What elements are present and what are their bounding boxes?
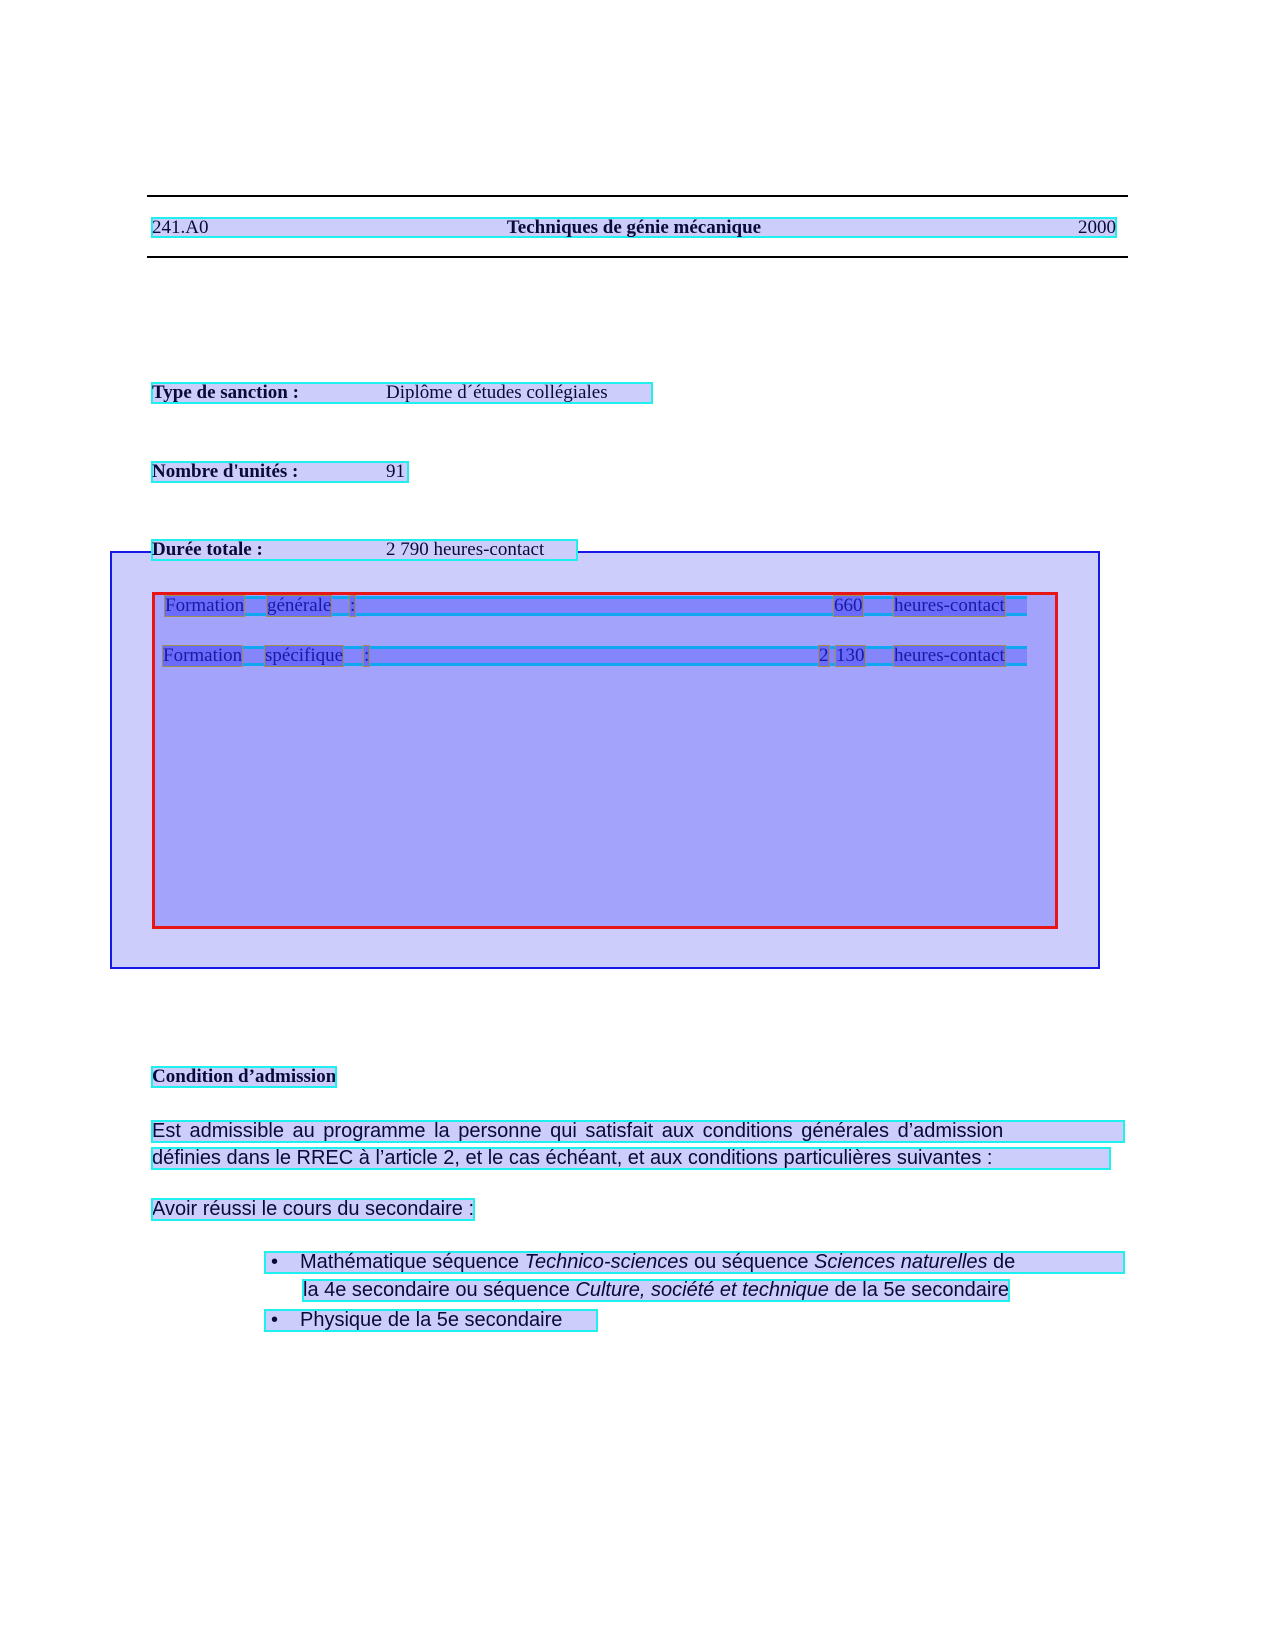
specific-hours-unit: heures-contact — [894, 646, 1005, 666]
text-run: de la 5e secondaire — [829, 1279, 1009, 1301]
header-top-rule — [147, 195, 1128, 197]
colon: : — [350, 596, 355, 616]
list-item: • Mathématique séquence Technico-science… — [265, 1252, 1124, 1273]
bullet-icon: • — [271, 1310, 278, 1331]
text-run: Mathématique séquence — [300, 1251, 525, 1273]
text-run-italic: Culture, société et technique — [575, 1279, 829, 1301]
formation-general-row: Formation générale : 660 heures-contact — [165, 596, 1027, 616]
sanction-row: Type de sanction : Diplôme d´études coll… — [152, 383, 652, 403]
document-header: 241.A0 Techniques de génie mécanique 200… — [152, 218, 1116, 237]
units-label: Nombre d'unités : — [152, 462, 298, 482]
specific-hours: 130 — [836, 646, 865, 666]
admission-paragraph-line-2: définies dans le RREC à l’article 2, et … — [152, 1148, 1110, 1169]
colon: : — [364, 646, 369, 666]
program-title: Techniques de génie mécanique — [152, 218, 1116, 237]
general-hours: 660 — [834, 596, 863, 616]
text-run: ou séquence — [688, 1251, 814, 1273]
formation-word: Formation — [163, 646, 242, 666]
text-run: de — [987, 1251, 1015, 1273]
specific-word: spécifique — [265, 646, 343, 666]
text-run-italic: Sciences naturelles — [814, 1251, 987, 1273]
program-year: 2000 — [1078, 218, 1116, 237]
duration-label: Durée totale : — [152, 540, 263, 560]
general-hours-unit: heures-contact — [894, 596, 1005, 616]
units-row: Nombre d'unités : 91 — [152, 462, 408, 482]
admission-title: Condition d’admission — [152, 1067, 336, 1087]
text-run: la 4e secondaire ou séquence — [303, 1279, 575, 1301]
list-item-text: Physique de la 5e secondaire — [300, 1310, 562, 1331]
header-bottom-rule — [147, 256, 1128, 258]
formation-specific-row: Formation spécifique : 2 130 heures-cont… — [165, 646, 1027, 666]
hours-breakdown-panel — [152, 592, 1058, 929]
formation-word: Formation — [165, 596, 244, 616]
list-item-continuation: la 4e secondaire ou séquence Culture, so… — [303, 1280, 1009, 1301]
duration-row: Durée totale : 2 790 heures-contact — [152, 540, 577, 560]
bullet-icon: • — [271, 1252, 278, 1273]
list-item-text: Mathématique séquence Technico-sciences … — [300, 1252, 1015, 1273]
sanction-value: Diplôme d´études collégiales — [386, 383, 608, 403]
units-value: 91 — [386, 462, 405, 482]
sanction-label: Type de sanction : — [152, 383, 299, 403]
duration-value: 2 790 heures-contact — [386, 540, 544, 560]
text-run-italic: Technico-sciences — [525, 1251, 689, 1273]
admission-intro: Avoir réussi le cours du secondaire : — [152, 1199, 474, 1220]
general-word: générale — [267, 596, 331, 616]
list-item: • Physique de la 5e secondaire — [265, 1310, 597, 1331]
admission-paragraph-line-1: Est admissible au programme la personne … — [152, 1121, 1124, 1142]
specific-hours-thousands: 2 — [819, 646, 829, 666]
